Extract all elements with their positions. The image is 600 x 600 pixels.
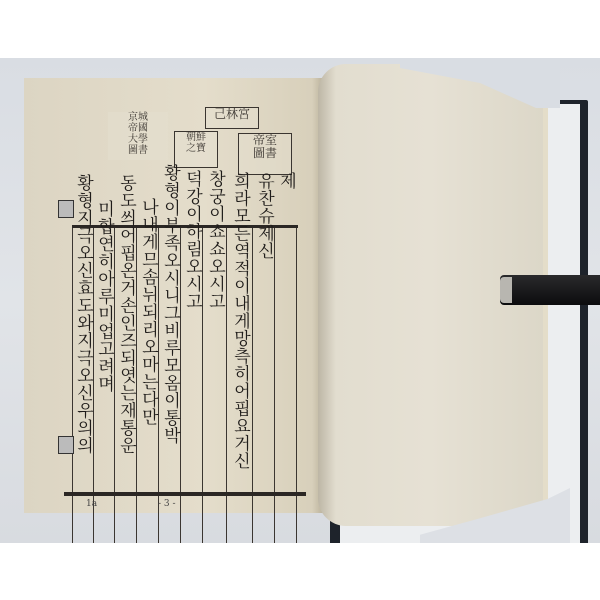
- seal-stamp: 己林宮: [205, 107, 259, 129]
- text-column-2: 희라모든역적이내게망측히어핍요거신: [230, 172, 250, 470]
- text-column-8: 미합연히아루미업고려며: [94, 200, 114, 393]
- text-column-6: 나내게므솜뉘되리오마는다만: [138, 198, 158, 426]
- seal-stamp: 朝鮮 之寶: [174, 131, 218, 168]
- text-column-3: 창궁이쇼쇼오시고: [205, 170, 225, 310]
- bottom-border-rule: [64, 492, 306, 496]
- seal-stamp: 京城 帝國 大學 圖書: [108, 112, 168, 160]
- margin-ornament-icon: [58, 436, 74, 454]
- text-column-5: 황형이부족오시니그비루모옴이통박: [160, 164, 180, 444]
- page-number: - 3 -: [158, 499, 176, 509]
- bookmark-cap: [500, 277, 512, 303]
- margin-ornament-icon: [58, 200, 74, 218]
- heading-column: 제: [276, 172, 296, 190]
- text-column-1: 유찬슈제신: [254, 172, 274, 260]
- bookmark-clip[interactable]: [500, 275, 600, 305]
- text-column-4: 덕강이하림오시고: [182, 170, 202, 310]
- text-column-9: 황형지극오신효도와지극오신우의의: [73, 174, 93, 454]
- text-column-7: 동도씌어핍온거손인즈되엿는재통운: [116, 174, 136, 454]
- photo-background: 己林宮 朝鮮 之寶 帝室 圖書 京城 帝國 大學 圖書 제 유찬슈제신 희라모든…: [0, 58, 600, 543]
- folio-mark: 1a: [86, 499, 97, 509]
- seal-stamp: 帝室 圖書: [238, 133, 292, 175]
